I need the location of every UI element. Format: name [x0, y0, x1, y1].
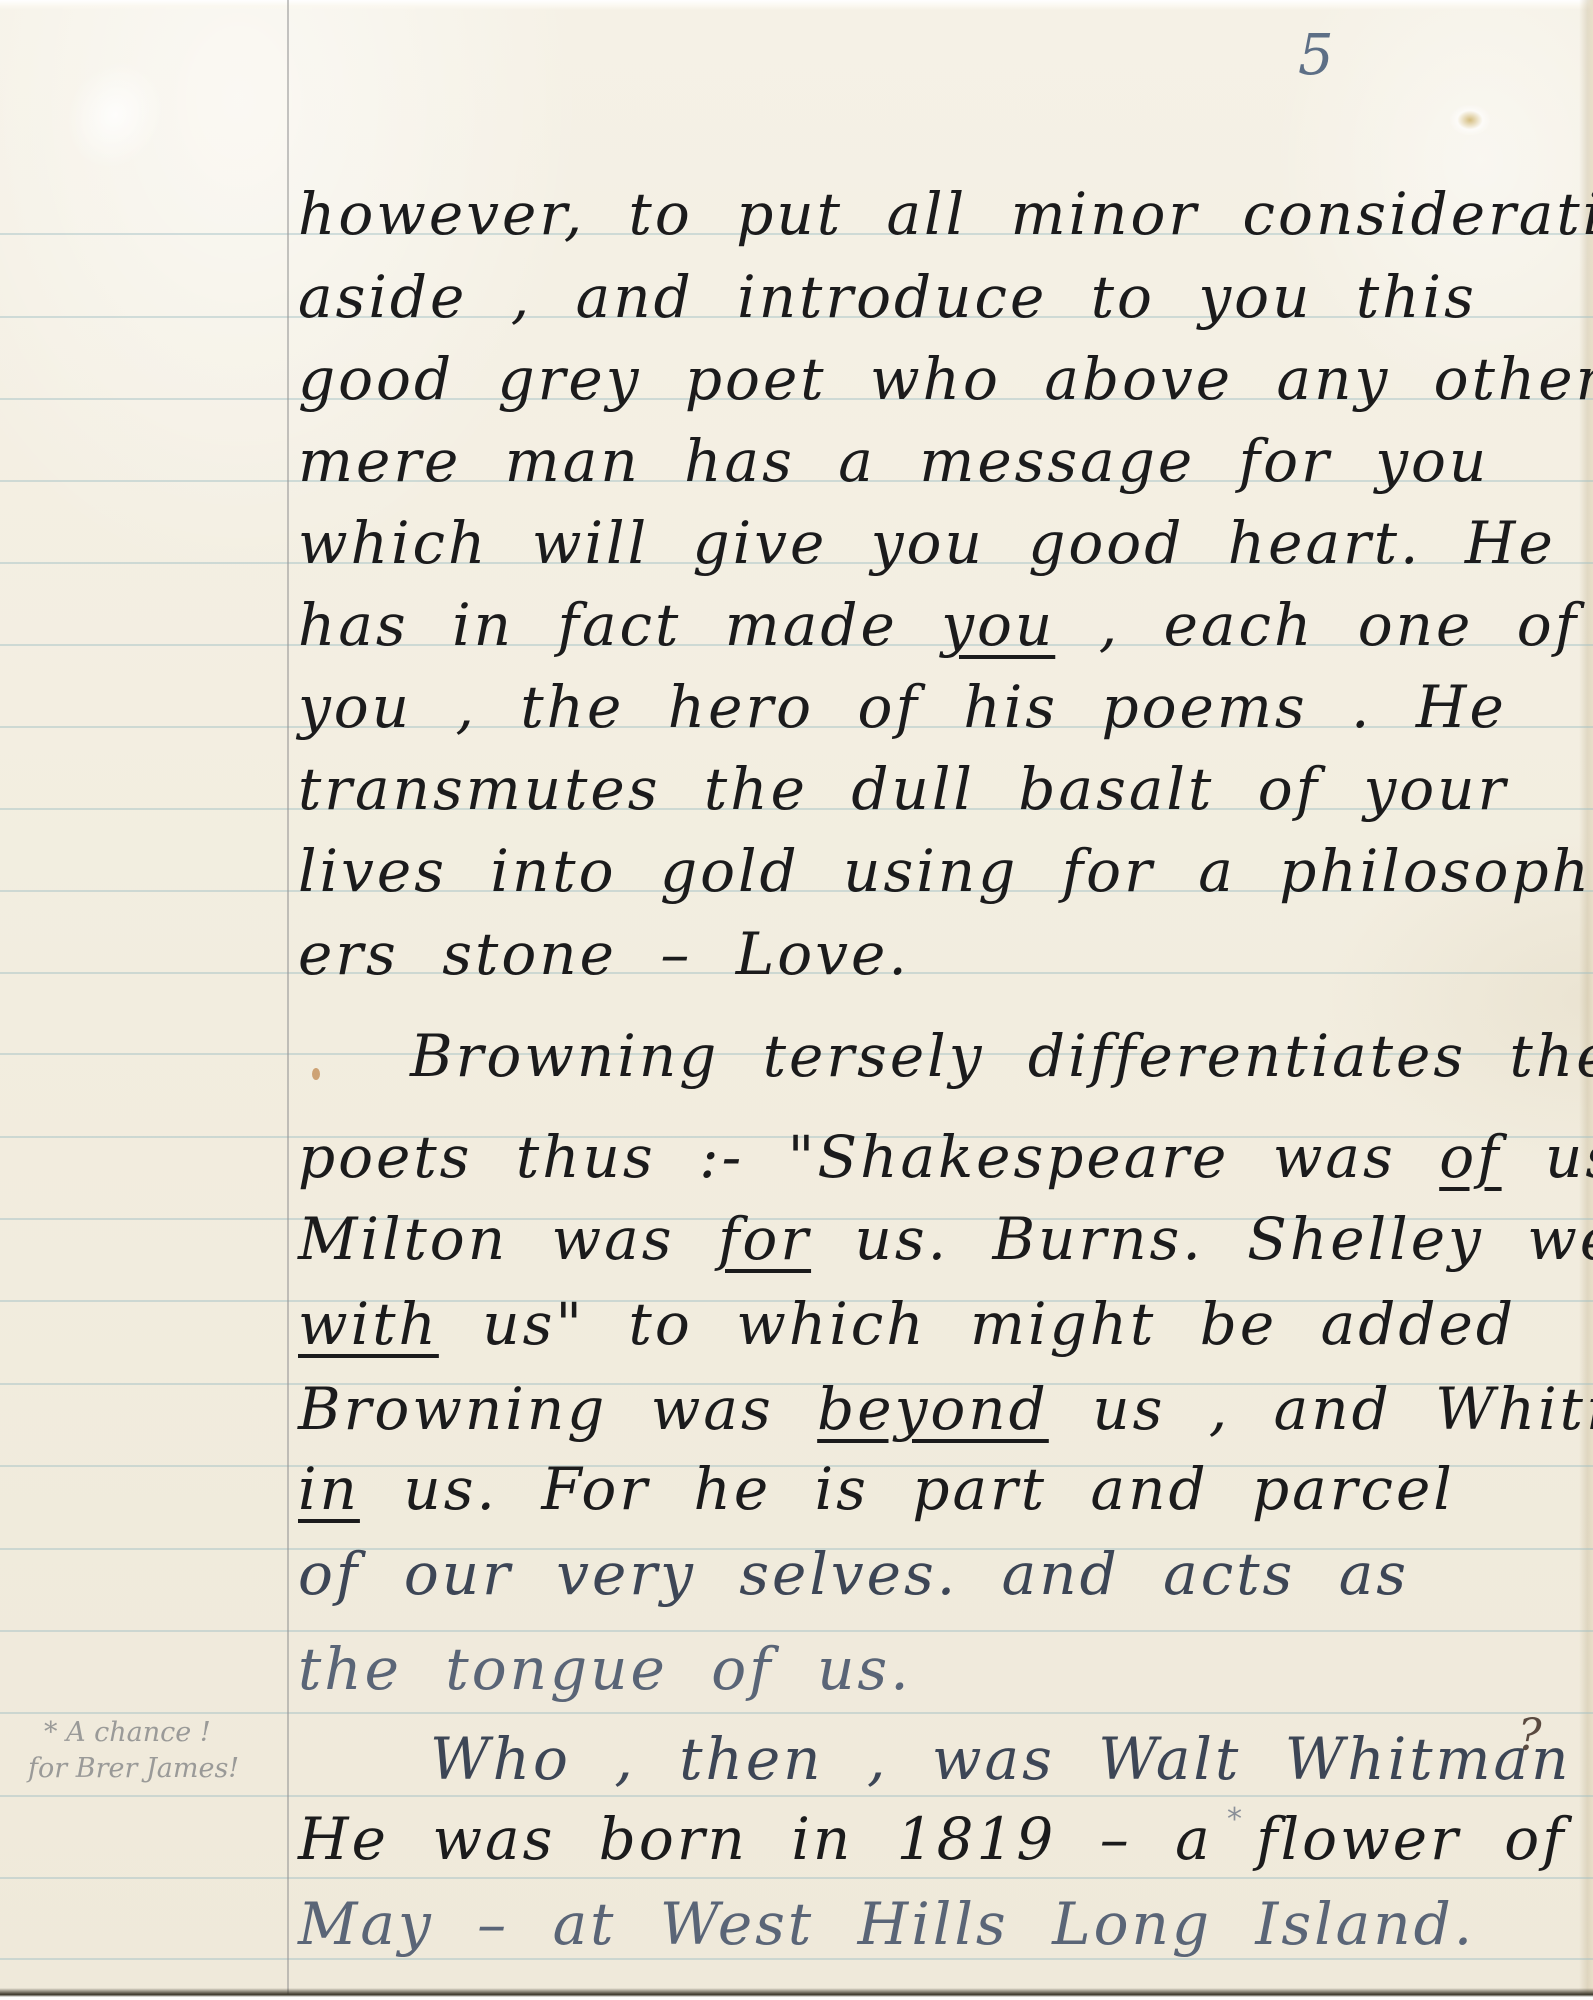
- text-line: of our very selves. and acts as: [298, 1545, 1409, 1603]
- text-line: Browning tersely differentiates the: [410, 1027, 1593, 1085]
- text-line: aside , and introduce to you this: [298, 268, 1477, 326]
- ruled-line: [0, 1630, 1593, 1632]
- underlined-word: for: [718, 1205, 811, 1273]
- text-line: mere man has a message for you: [298, 432, 1489, 490]
- paper-crease-mark: [1450, 105, 1490, 135]
- text-span: us. For he is part and parcel: [360, 1455, 1455, 1523]
- text-line: poets thus :- "Shakespeare was of us: [298, 1128, 1593, 1186]
- underlined-word: you: [941, 591, 1055, 659]
- text-line: in us. For he is part and parcel: [298, 1460, 1455, 1518]
- text-span: us" to which might be added: [439, 1290, 1516, 1358]
- text-line: ers stone – Love.: [298, 925, 910, 983]
- paper-top-edge: [0, 0, 1593, 10]
- text-line: He was born in 1819 – a flower of: [298, 1810, 1567, 1868]
- underlined-word: beyond: [817, 1375, 1049, 1443]
- text-line: Who , then , was Walt Whitman ?: [430, 1730, 1593, 1788]
- text-span: Milton was: [298, 1205, 718, 1273]
- question-mark-annotation: ?: [1518, 1710, 1542, 1761]
- asterisk-annotation: *: [1227, 1802, 1242, 1837]
- ruled-line: [0, 1712, 1593, 1714]
- text-line: good grey poet who above any other: [298, 350, 1593, 408]
- text-span: , each one of: [1055, 591, 1579, 659]
- manuscript-page: 5 however, to put all minor consideratio…: [0, 0, 1593, 2000]
- text-span: us , and Whitman: [1049, 1375, 1593, 1443]
- page-number: 5: [1298, 28, 1334, 84]
- ruled-line: [0, 1795, 1593, 1797]
- text-line: May – at West Hills Long Island.: [298, 1895, 1475, 1953]
- margin-note-line: * A chance !: [28, 1715, 288, 1751]
- text-line: transmutes the dull basalt of your: [298, 760, 1508, 818]
- ruled-line: [0, 1877, 1593, 1879]
- margin-rule: [287, 0, 289, 2000]
- text-line: lives into gold using for a philosoph-: [298, 842, 1593, 900]
- text-line: you , the hero of his poems . He: [298, 678, 1507, 736]
- underlined-word: of: [1439, 1123, 1501, 1191]
- text-span: poets thus :- "Shakespeare was: [298, 1123, 1439, 1191]
- text-span: Browning was: [298, 1375, 817, 1443]
- paper-right-edge: [1579, 0, 1593, 2000]
- margin-note: * A chance ! for Brer James!: [28, 1715, 288, 1787]
- text-line: however, to put all minor considerations: [298, 185, 1593, 243]
- ruled-line: [0, 1958, 1593, 1960]
- text-span: us: [1502, 1123, 1593, 1191]
- text-span: has in fact made: [298, 591, 941, 659]
- text-span: us. Burns. Shelley were: [811, 1205, 1593, 1273]
- text-line: the tongue of us.: [298, 1640, 912, 1698]
- text-line: Browning was beyond us , and Whitman: [298, 1380, 1593, 1438]
- paper-bottom-edge: [0, 1988, 1593, 2000]
- text-line: with us" to which might be added: [298, 1295, 1516, 1353]
- underlined-word: with: [298, 1290, 439, 1358]
- text-line: has in fact made you , each one of: [298, 596, 1579, 654]
- text-line: which will give you good heart. He: [298, 514, 1556, 572]
- margin-note-line: for Brer James!: [28, 1751, 288, 1787]
- paper-crease: [38, 33, 193, 197]
- ink-stain: [312, 1068, 320, 1080]
- underlined-word: in: [298, 1455, 360, 1523]
- text-line: Milton was for us. Burns. Shelley were: [298, 1210, 1593, 1268]
